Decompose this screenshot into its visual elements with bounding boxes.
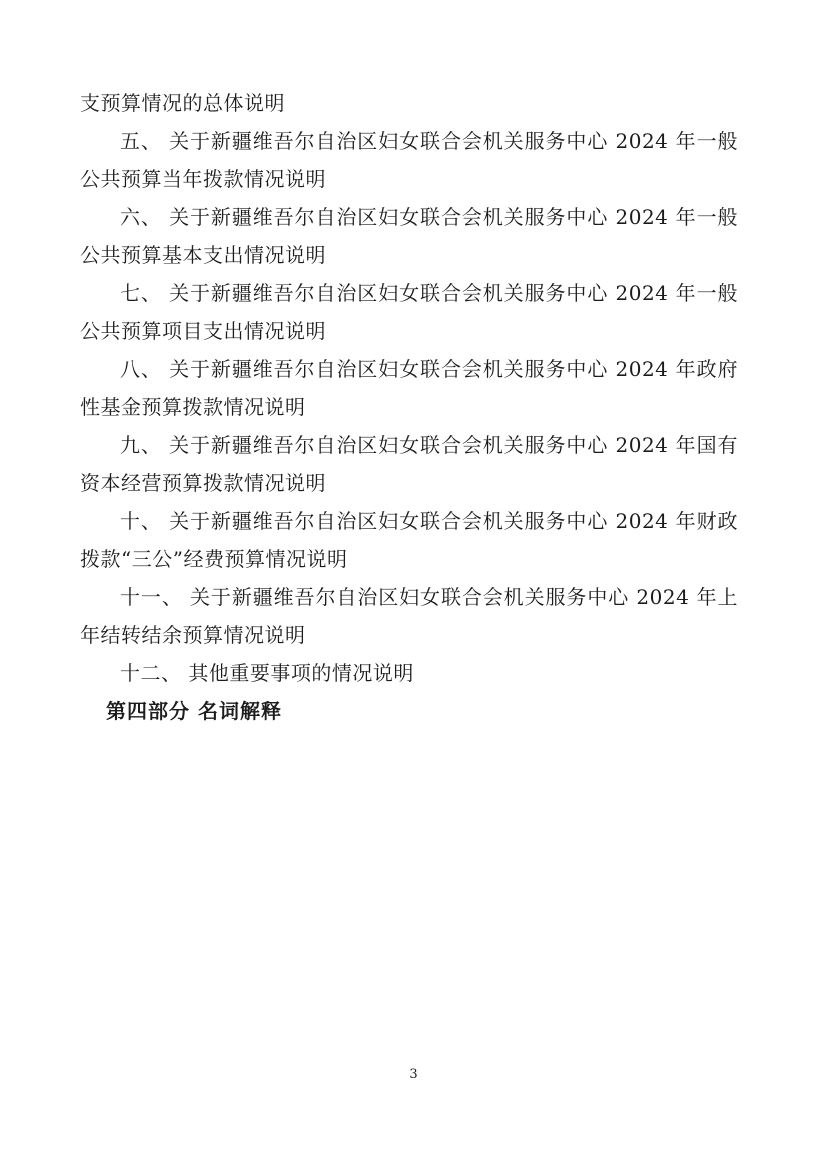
document-page: 支预算情况的总体说明 五、 关于新疆维吾尔自治区妇女联合会机关服务中心 2024… (0, 0, 827, 1170)
toc-item-6: 六、 关于新疆维吾尔自治区妇女联合会机关服务中心 2024 年一般公共预算基本支… (80, 198, 738, 274)
toc-item-5: 五、 关于新疆维吾尔自治区妇女联合会机关服务中心 2024 年一般公共预算当年拨… (80, 122, 738, 198)
toc-item-12: 十二、 其他重要事项的情况说明 (80, 654, 738, 692)
toc-item-9: 九、 关于新疆维吾尔自治区妇女联合会机关服务中心 2024 年国有资本经营预算拨… (80, 426, 738, 502)
toc-item-7: 七、 关于新疆维吾尔自治区妇女联合会机关服务中心 2024 年一般公共预算项目支… (80, 274, 738, 350)
toc-item-8: 八、 关于新疆维吾尔自治区妇女联合会机关服务中心 2024 年政府性基金预算拨款… (80, 350, 738, 426)
toc-item-11: 十一、 关于新疆维吾尔自治区妇女联合会机关服务中心 2024 年上年结转结余预算… (80, 578, 738, 654)
section-heading-part4: 第四部分 名词解释 (80, 692, 738, 730)
toc-item-10: 十、 关于新疆维吾尔自治区妇女联合会机关服务中心 2024 年财政拨款“三公”经… (80, 502, 738, 578)
page-number: 3 (0, 1066, 827, 1084)
toc-continuation-line: 支预算情况的总体说明 (80, 84, 738, 122)
toc-content: 支预算情况的总体说明 五、 关于新疆维吾尔自治区妇女联合会机关服务中心 2024… (80, 84, 738, 730)
